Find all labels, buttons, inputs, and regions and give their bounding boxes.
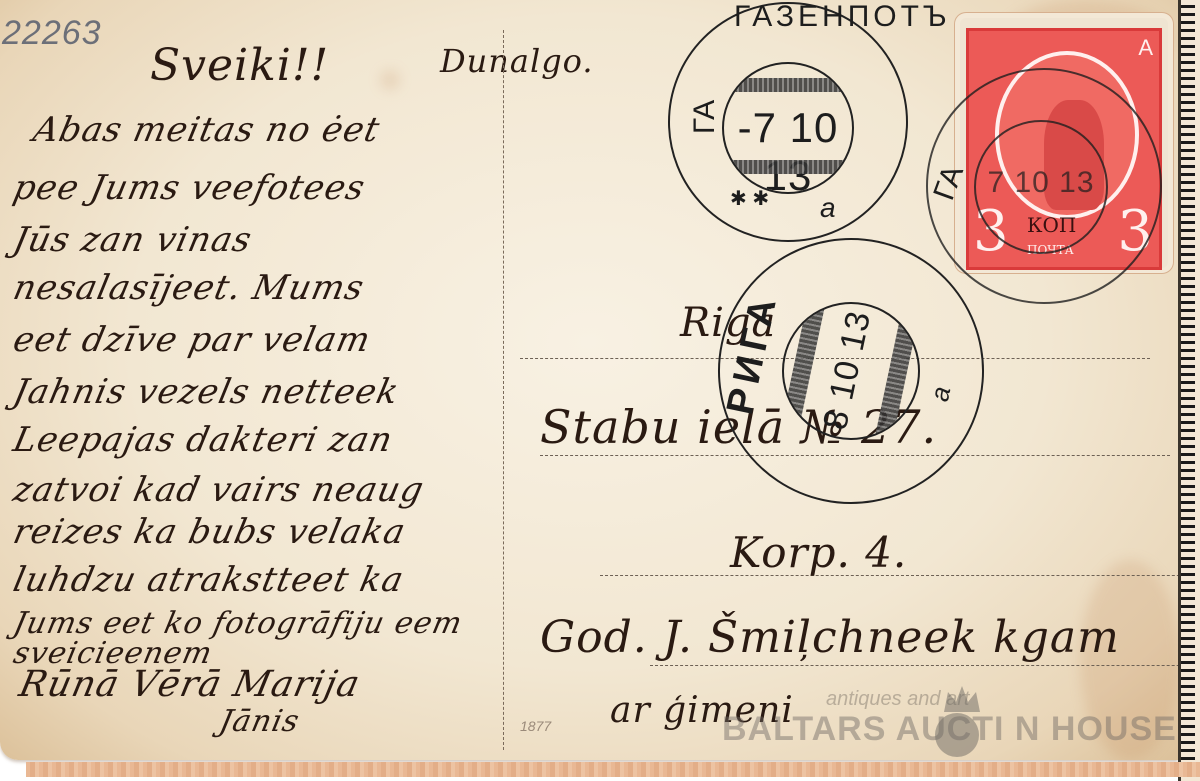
postmark-series: а <box>820 192 836 224</box>
message-line: eet dzīve par velam <box>10 320 375 360</box>
cancel-town: ГА <box>927 161 971 205</box>
stain <box>380 70 400 90</box>
star-icon: ✱ ✱ <box>730 186 769 211</box>
address-line <box>650 665 1200 666</box>
postmark-bar <box>873 313 918 448</box>
printer-number: 1877 <box>520 718 551 734</box>
postcard-back: 22263 Sveiki!! Dunalgo. Abas meitas no ė… <box>0 0 1178 760</box>
postmark-inner-ring: -7 10 13 <box>722 62 854 194</box>
signature-last: Jānis <box>216 704 303 739</box>
message-line: Jūs zan vinas <box>10 220 256 260</box>
message-line: Jahnis vezels netteek <box>10 372 403 412</box>
message-line: zatvoi kad vairs neaug <box>10 470 428 510</box>
arrival-date: 8 10 13 <box>815 301 881 440</box>
departure-postmark: ГА ГАЗЕНПОТЪ -7 10 13 ✱ ✱ а <box>668 2 908 242</box>
postmark-town-fragment: ГА <box>688 100 722 134</box>
postmark-bar <box>724 78 852 92</box>
cancel-date: 7 10 13 <box>976 166 1106 200</box>
postmark-date: -7 10 13 <box>724 104 852 194</box>
message-line: Leepajas dakteri zan <box>10 420 397 460</box>
message-line: reizes ka bubs velaka <box>10 512 410 552</box>
address-building: Korp. 4. <box>730 528 907 577</box>
arrival-series: а <box>924 384 957 405</box>
postmark-bar <box>724 160 852 174</box>
center-divider <box>503 30 504 750</box>
cancel-inner-ring: 7 10 13 <box>974 120 1108 254</box>
wood-surface <box>26 762 1200 777</box>
arrival-inner-ring: 8 10 13 <box>769 289 933 453</box>
greeting: Sveiki!! <box>150 40 329 91</box>
message-line: pee Jums veefotees <box>10 168 369 208</box>
message-line: nesalasījeet. Mums <box>10 268 368 308</box>
postmark-town: ГАЗЕНПОТЪ <box>734 0 951 34</box>
inventory-number: 22263 <box>2 14 102 53</box>
message-line: Abas meitas no ėet <box>30 110 384 150</box>
address-recipient: God. J. Šmiļchneek kgam <box>540 612 1120 663</box>
message-line: luhdzu atrakstteet ka <box>10 560 408 600</box>
stamp-cancel-postmark: ГА 7 10 13 <box>926 68 1162 304</box>
stamp-corner-letter: А <box>1138 35 1153 61</box>
ruler-strip <box>1178 0 1200 781</box>
signatures: Rūnā Vērā Marija <box>16 664 364 705</box>
place-name: Dunalgo. <box>440 42 594 80</box>
watermark-brand: BALTARS AUCTI N HOUSE <box>722 710 1177 749</box>
